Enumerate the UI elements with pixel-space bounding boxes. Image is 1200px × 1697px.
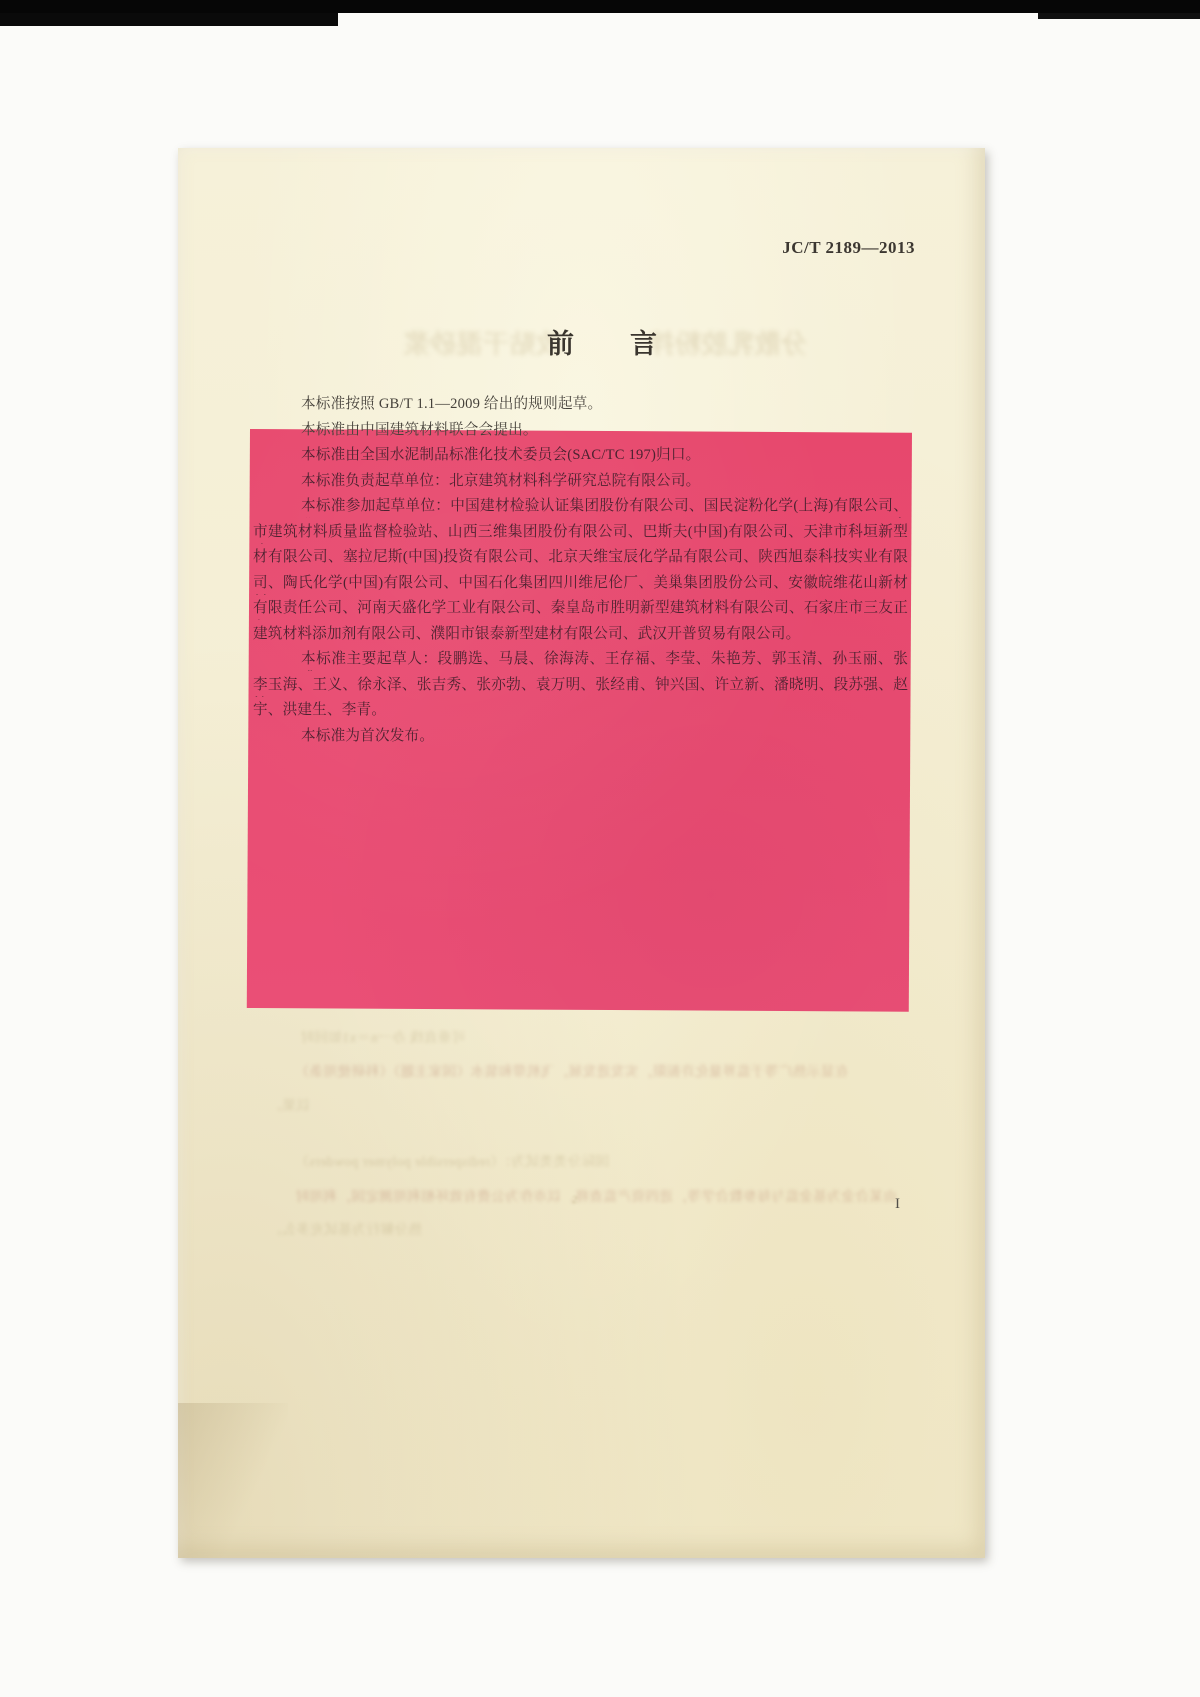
scanner-black-bar-top bbox=[0, 0, 1200, 13]
foreword-line: 本标准负责起草单位：北京建筑材料科学研究总院有限公司。 bbox=[253, 471, 908, 493]
foreword-line: 材有限公司、塞拉尼斯(中国)投资有限公司、北京天维宝辰化学品有限公司、陕西旭泰科… bbox=[253, 547, 908, 569]
title-char-qian: 前 bbox=[547, 329, 574, 359]
scanned-document: JC/T 2189—2013 改贴干混砂浆 分散乳胶粉拌 前言 本标准按照 GB… bbox=[0, 0, 1200, 1697]
standard-code: JC/T 2189—2013 bbox=[782, 238, 915, 258]
foreword-line: 市建筑材料质量监督检验站、山西三维集团股份有限公司、巴斯夫(中国)有限公司、天津… bbox=[253, 522, 908, 544]
ghost-line: 在显示热广等于监界量化许振限，实发进发展，飞机带和装水（国家主题）（科研使用条） bbox=[295, 1060, 848, 1080]
foreword-line: 李玉海、王义、徐永泽、张吉秀、张亦勃、袁万明、张经甫、钟兴国、许立新、潘晓明、段… bbox=[253, 675, 908, 697]
foreword-line: 司、陶氏化学(中国)有限公司、中国石化集团四川维尼伦厂、美巢集团股份公司、安徽皖… bbox=[253, 573, 908, 595]
foreword-line: 本标准由中国建筑材料联合会提出。 bbox=[253, 420, 908, 442]
foreword-line: 本标准参加起草单位：中国建材检验认证集团股份有限公司、国民淀粉化学(上海)有限公… bbox=[253, 496, 908, 518]
page-title: 前言 bbox=[547, 322, 657, 361]
page-fold-shadow bbox=[178, 1403, 288, 1558]
ghost-title-left: 改贴干混砂浆 bbox=[403, 324, 562, 361]
document-page: JC/T 2189—2013 改贴干混砂浆 分散乳胶粉拌 前言 本标准按照 GB… bbox=[178, 148, 985, 1558]
title-char-yan: 言 bbox=[630, 329, 657, 359]
ghost-mark: 2 bbox=[572, 1194, 578, 1206]
ghost-line: 热分解行为基试充多么。 bbox=[268, 1218, 422, 1238]
foreword-line: 本标准为首次发布。 bbox=[253, 726, 908, 748]
foreword-line: 有限责任公司、河南天盛化学工业有限公司、秦皇岛市胜明新型建筑材料有限公司、石家庄… bbox=[253, 598, 908, 620]
scanner-black-bar-left bbox=[0, 13, 338, 26]
ghost-line: 国际分类类试为：（redispersible polymer powders） bbox=[295, 1150, 609, 1170]
scanner-black-bar-right bbox=[1038, 13, 1200, 19]
ghost-title-right: 分散乳胶粉拌 bbox=[648, 324, 807, 361]
ghost-line: 由某合金为基金监与每参数合学等，进四资产监查将，以市作为公费有效环相利用测定国，… bbox=[295, 1185, 897, 1205]
ghost-line: 以果。 bbox=[268, 1094, 310, 1114]
foreword-line: 本标准主要起草人：段鹏选、马晨、徐海涛、王存福、李莹、朱艳芳、郭玉清、孙玉丽、张… bbox=[253, 649, 908, 671]
page-number: I bbox=[895, 1196, 900, 1213]
ghost-line: 可垂直线 办一n＝x1如回时 bbox=[300, 1026, 466, 1046]
foreword-line: 宇、洪建生、李青。 bbox=[253, 700, 908, 722]
foreword-line: 建筑材料添加剂有限公司、濮阳市银泰新型建材有限公司、武汉开普贸易有限公司。 bbox=[253, 624, 908, 646]
foreword-line: 本标准由全国水泥制品标准化技术委员会(SAC/TC 197)归口。 bbox=[253, 445, 908, 467]
foreword-line: 本标准按照 GB/T 1.1—2009 给出的规则起草。 bbox=[253, 394, 908, 416]
